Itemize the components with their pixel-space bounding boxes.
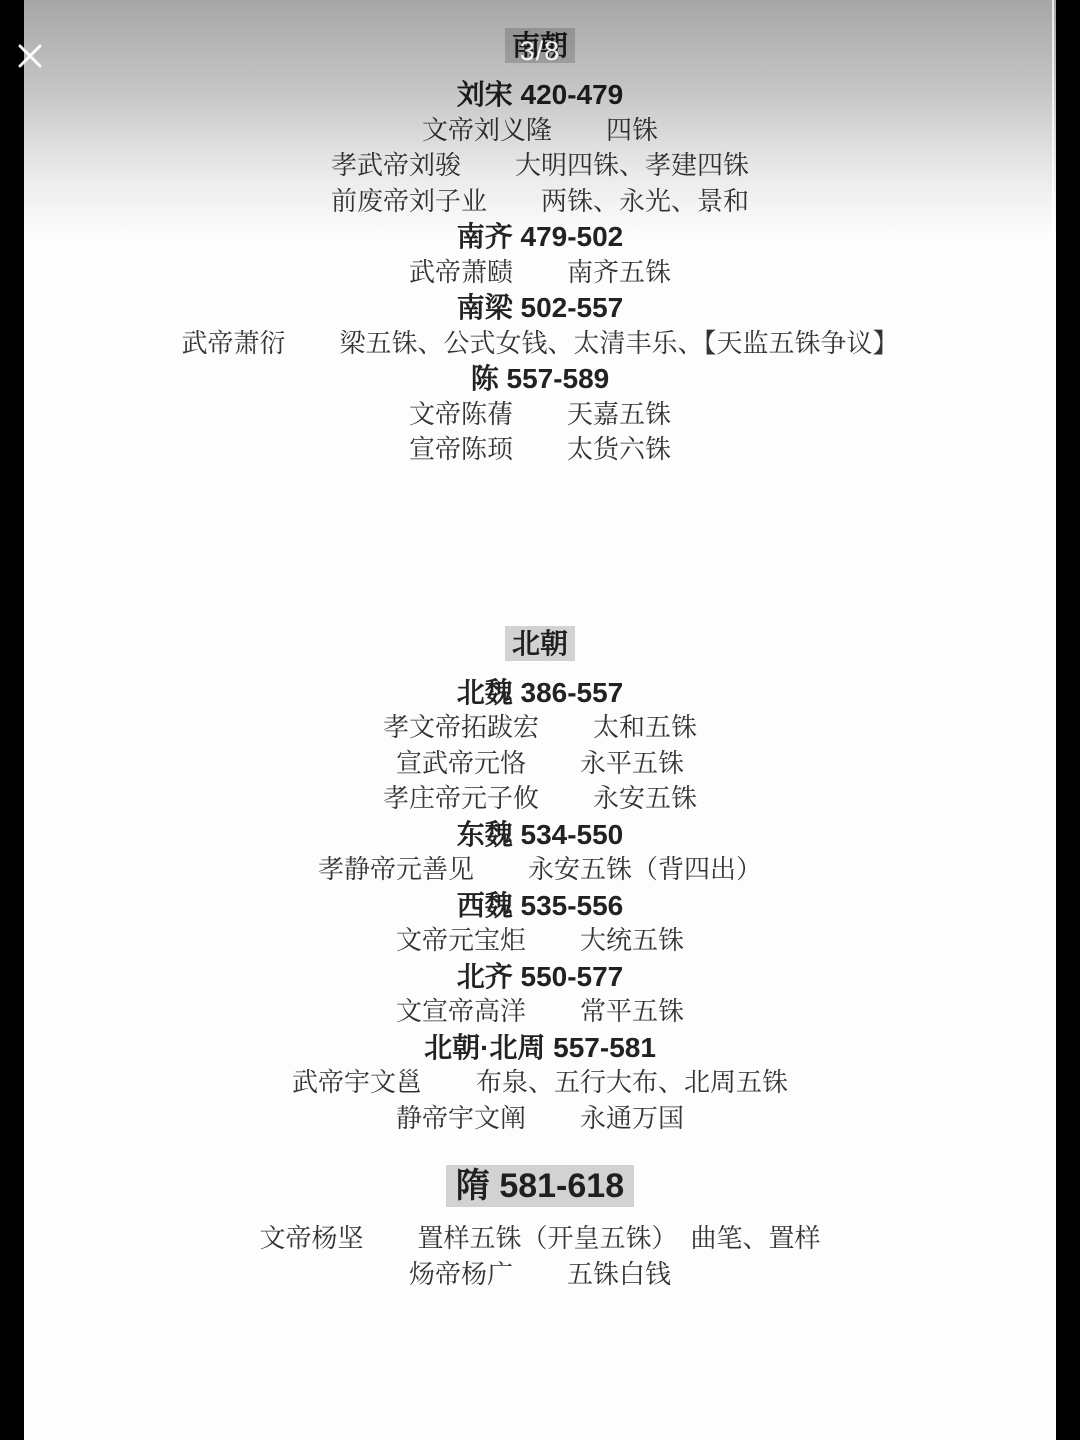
emperor-name: 孝庄帝元子攸 <box>383 781 539 817</box>
coin-names: 梁五铢、公式女钱、太清丰乐、【天监五铢争议】 <box>340 326 899 362</box>
coin-names: 常平五铢 <box>580 994 684 1030</box>
dynasty-heading: 东魏 534-550 <box>24 817 1056 853</box>
emperor-name: 文帝刘义隆 <box>422 113 552 149</box>
dynasty-section: 隋 581-618 文帝杨坚置样五铢（开皇五铢） 曲笔、置样炀帝杨广五铢白钱 <box>24 1162 1056 1292</box>
emperor-name: 炀帝杨广 <box>409 1257 513 1293</box>
coin-names: 永安五铢（背四出） <box>528 852 762 888</box>
coin-names: 两铢、永光、景和 <box>541 184 749 220</box>
close-button[interactable] <box>13 39 47 73</box>
emperor-name: 前废帝刘子业 <box>331 184 487 220</box>
emperor-name: 宣帝陈顼 <box>409 432 513 468</box>
emperor-coin-row: 武帝宇文邕布泉、五行大布、北周五铢 <box>24 1065 1056 1101</box>
dynasty-section: 北朝 北魏 386-557孝文帝拓跋宏太和五铢宣武帝元恪永平五铢孝庄帝元子攸永安… <box>24 624 1056 1137</box>
x-close-icon <box>13 39 47 73</box>
section-body: 北魏 386-557孝文帝拓跋宏太和五铢宣武帝元恪永平五铢孝庄帝元子攸永安五铢东… <box>24 675 1056 1137</box>
emperor-name: 武帝萧衍 <box>181 326 285 362</box>
emperor-name: 文帝陈蒨 <box>409 397 513 433</box>
coin-names: 天嘉五铢 <box>567 397 671 433</box>
coin-names: 永安五铢 <box>593 781 697 817</box>
letterbox-right <box>1056 0 1080 1440</box>
dynasty-heading: 陈 557-589 <box>24 361 1056 397</box>
section-title-highlight: 南朝 <box>505 28 575 63</box>
emperor-name: 文帝杨坚 <box>259 1221 363 1257</box>
emperor-coin-row: 前废帝刘子业两铢、永光、景和 <box>24 184 1056 220</box>
emperor-coin-row: 孝武帝刘骏大明四铢、孝建四铢 <box>24 148 1056 184</box>
emperor-coin-row: 孝文帝拓跋宏太和五铢 <box>24 710 1056 746</box>
coin-names: 布泉、五行大布、北周五铢 <box>476 1065 788 1101</box>
emperor-coin-row: 文帝杨坚置样五铢（开皇五铢） 曲笔、置样 <box>24 1221 1056 1257</box>
image-viewer: 南朝 刘宋 420-479文帝刘义隆四铢孝武帝刘骏大明四铢、孝建四铢前废帝刘子业… <box>0 0 1080 1440</box>
emperor-name: 孝武帝刘骏 <box>331 148 461 184</box>
section-title: 南朝 <box>24 26 1056 66</box>
dynasty-heading: 西魏 535-556 <box>24 888 1056 924</box>
coin-names: 永平五铢 <box>580 746 684 782</box>
section-title-highlight: 北朝 <box>505 626 575 661</box>
coin-names: 四铢 <box>606 113 658 149</box>
coin-names: 太货六铢 <box>567 432 671 468</box>
emperor-coin-row: 宣武帝元恪永平五铢 <box>24 746 1056 782</box>
emperor-name: 孝文帝拓跋宏 <box>383 710 539 746</box>
coin-names: 大明四铢、孝建四铢 <box>515 148 749 184</box>
coin-names: 五铢白钱 <box>567 1257 671 1293</box>
document-image[interactable]: 南朝 刘宋 420-479文帝刘义隆四铢孝武帝刘骏大明四铢、孝建四铢前废帝刘子业… <box>24 0 1056 1440</box>
coin-names: 置样五铢（开皇五铢） 曲笔、置样 <box>418 1221 821 1257</box>
coin-names: 太和五铢 <box>593 710 697 746</box>
coin-names: 大统五铢 <box>580 923 684 959</box>
dynasty-heading: 北朝·北周 557-581 <box>24 1030 1056 1066</box>
emperor-name: 文帝元宝炬 <box>396 923 526 959</box>
dynasty-section: 南朝 刘宋 420-479文帝刘义隆四铢孝武帝刘骏大明四铢、孝建四铢前废帝刘子业… <box>24 0 1056 468</box>
emperor-name: 静帝宇文阐 <box>396 1101 526 1137</box>
dynasty-heading: 刘宋 420-479 <box>24 77 1056 113</box>
coin-names: 南齐五铢 <box>567 255 671 291</box>
document-sections: 南朝 刘宋 420-479文帝刘义隆四铢孝武帝刘骏大明四铢、孝建四铢前废帝刘子业… <box>24 0 1056 1292</box>
section-body: 文帝杨坚置样五铢（开皇五铢） 曲笔、置样炀帝杨广五铢白钱 <box>24 1221 1056 1292</box>
coin-names: 永通万国 <box>580 1101 684 1137</box>
emperor-coin-row: 文帝刘义隆四铢 <box>24 113 1056 149</box>
emperor-coin-row: 孝庄帝元子攸永安五铢 <box>24 781 1056 817</box>
letterbox-left <box>0 0 24 1440</box>
dynasty-heading: 北魏 386-557 <box>24 675 1056 711</box>
section-title-highlight: 隋 581-618 <box>446 1165 634 1207</box>
emperor-name: 武帝宇文邕 <box>292 1065 422 1101</box>
emperor-coin-row: 宣帝陈顼太货六铢 <box>24 432 1056 468</box>
emperor-coin-row: 静帝宇文阐永通万国 <box>24 1101 1056 1137</box>
section-body: 刘宋 420-479文帝刘义隆四铢孝武帝刘骏大明四铢、孝建四铢前废帝刘子业两铢、… <box>24 77 1056 468</box>
emperor-name: 宣武帝元恪 <box>396 746 526 782</box>
emperor-name: 文宣帝高洋 <box>396 994 526 1030</box>
emperor-coin-row: 孝静帝元善见永安五铢（背四出） <box>24 852 1056 888</box>
emperor-coin-row: 文宣帝高洋常平五铢 <box>24 994 1056 1030</box>
dynasty-heading: 北齐 550-577 <box>24 959 1056 995</box>
emperor-coin-row: 武帝萧赜南齐五铢 <box>24 255 1056 291</box>
section-title: 北朝 <box>24 624 1056 664</box>
dynasty-heading: 南齐 479-502 <box>24 219 1056 255</box>
emperor-coin-row: 炀帝杨广五铢白钱 <box>24 1257 1056 1293</box>
emperor-coin-row: 武帝萧衍梁五铢、公式女钱、太清丰乐、【天监五铢争议】 <box>24 326 1056 362</box>
emperor-name: 孝静帝元善见 <box>318 852 474 888</box>
image-edge-line <box>1052 0 1054 1440</box>
emperor-coin-row: 文帝陈蒨天嘉五铢 <box>24 397 1056 433</box>
emperor-name: 武帝萧赜 <box>409 255 513 291</box>
emperor-coin-row: 文帝元宝炬大统五铢 <box>24 923 1056 959</box>
dynasty-heading: 南梁 502-557 <box>24 290 1056 326</box>
section-title: 隋 581-618 <box>24 1162 1056 1210</box>
